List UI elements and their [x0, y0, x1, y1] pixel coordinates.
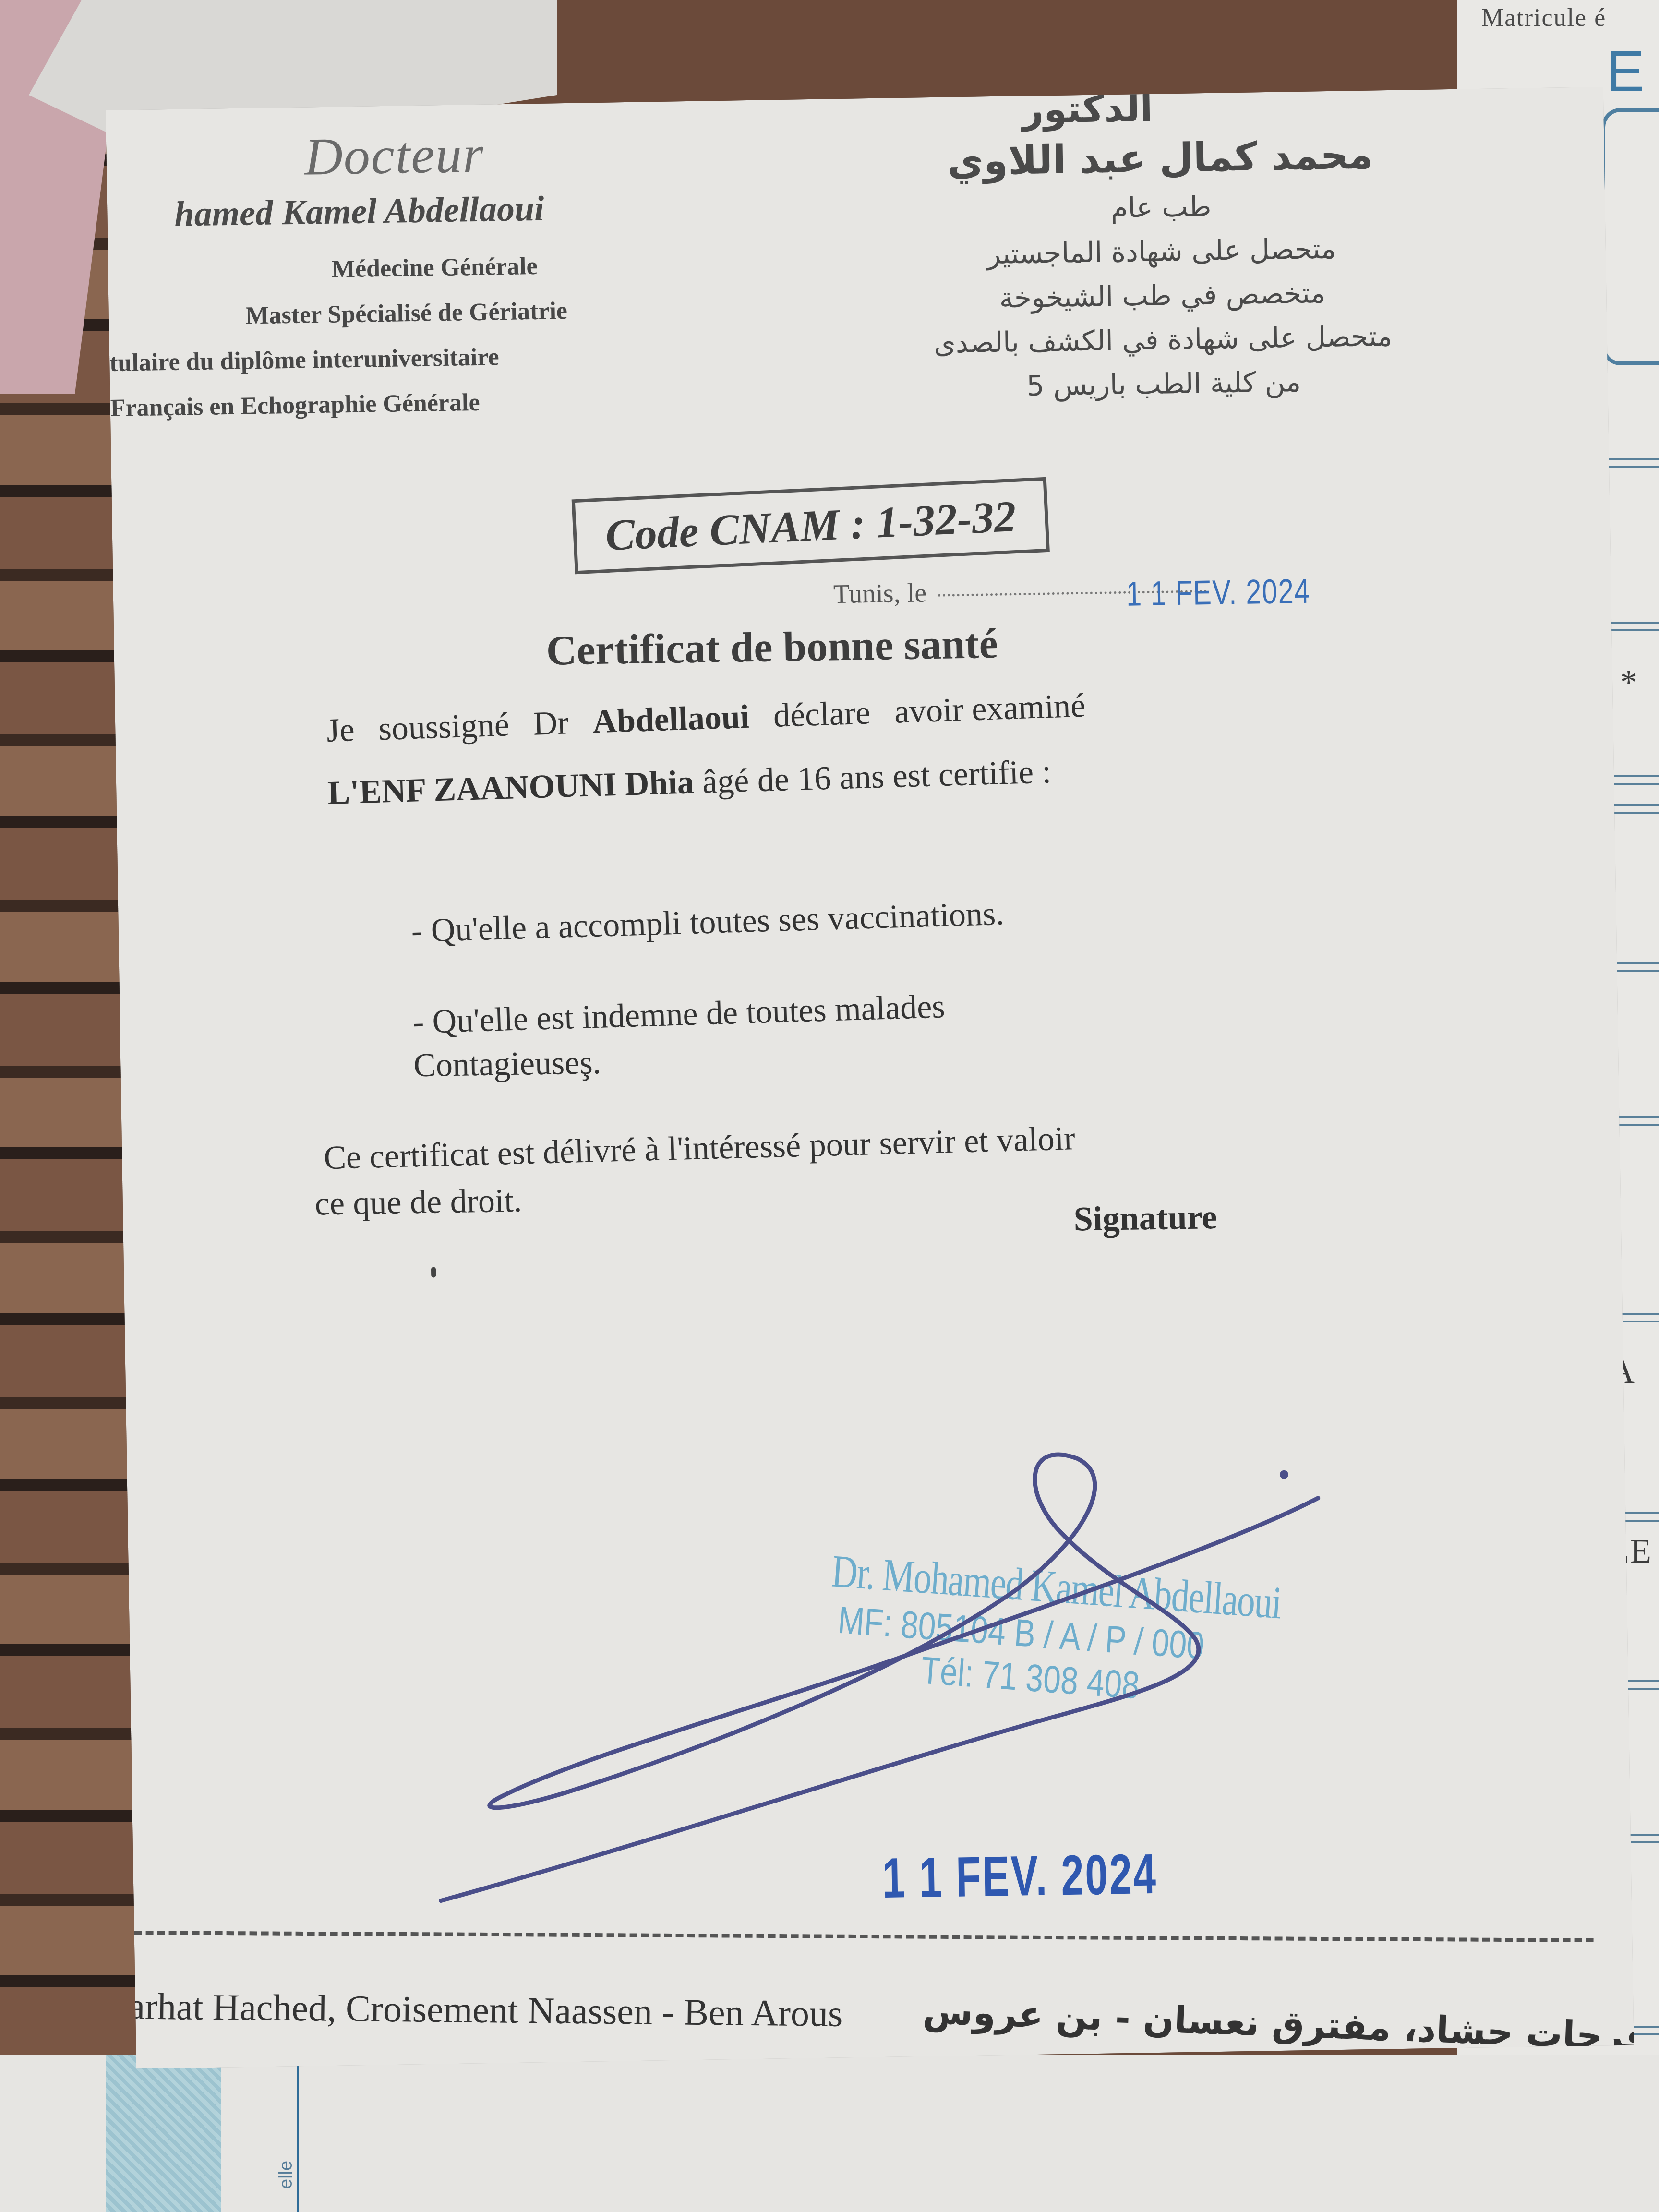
closing-line: ce que de droit. — [314, 1182, 522, 1224]
background-document-bottom — [0, 2055, 1659, 2212]
qualification-line-ar: طب عام — [885, 180, 1437, 233]
doctor-title-ar: الدكتور — [883, 80, 1435, 136]
form-box — [1601, 108, 1659, 365]
closing-line: Ce certificat est délivré à l'intéressé … — [323, 1119, 1075, 1178]
bottom-doc-text: elle — [276, 2161, 297, 2189]
date-stamp-inline: 1 1 FEV. 2024 — [1126, 572, 1310, 614]
cnam-code-box: Code CNAM : 1-32-32 — [572, 477, 1050, 574]
qualification-line-ar: متحصل على شهادة الماجستير — [885, 225, 1438, 277]
doctor-surname: Abdellaoui — [592, 698, 750, 741]
doctor-title: Docteur — [106, 120, 683, 191]
certificate-item: - Qu'elle est indemne de toutes malades — [412, 987, 946, 1042]
ink-speck — [431, 1267, 436, 1277]
qualification-line-ar: متحصل على شهادة في الكشف بالصدى — [887, 313, 1439, 366]
letterhead-arabic: الدكتور محمد كمال عبد اللاوي طب عام متحص… — [883, 80, 1440, 410]
form-header: Matricule é — [1481, 4, 1606, 32]
doctor-name-ar: محمد كمال عبد اللاوي — [884, 128, 1437, 189]
footer-address-fr: nue Farhat Hached, Croisement Naassen - … — [44, 1984, 843, 2035]
medical-certificate: Docteur hamed Kamel Abdellaoui Médecine … — [106, 87, 1634, 2069]
letterhead-french: Docteur hamed Kamel Abdellaoui Médecine … — [106, 120, 687, 431]
intro-line: JesoussignéDrAbdellaouidéclareavoir exam… — [326, 687, 1086, 750]
patient-name: L'ENF ZAANOUNI Dhia — [327, 764, 695, 812]
doctor-stamp: Dr. Mohamed Kamel Abdellaoui MF: 805104 … — [824, 1544, 1360, 1723]
patient-line: L'ENF ZAANOUNI Dhia âgé de 16 ans est ce… — [327, 753, 1052, 813]
doctor-name: hamed Kamel Abdellaoui — [107, 186, 684, 236]
security-pattern — [106, 2055, 221, 2212]
date-prefix: Tunis, le — [833, 578, 927, 609]
certificate-item: - Qu'elle a accompli toutes ses vaccinat… — [411, 895, 1005, 951]
qualification-line-ar: متخصص في طب الشيخوخة — [886, 269, 1439, 322]
certificate-title: Certificat de bonne santé — [546, 620, 998, 675]
qualification-line: Français en Echographie Générale — [110, 377, 686, 431]
certificate-item-continuation: Contagieuseş. — [413, 1044, 601, 1085]
signature-label: Signature — [1073, 1197, 1217, 1239]
qualification-line-ar: من كلية الطب باريس 5 — [888, 357, 1440, 410]
date-stamp: 1 1 FEV. 2024 — [882, 1841, 1158, 1911]
footer-divider — [77, 1930, 1594, 1942]
form-letter: E — [1606, 38, 1645, 105]
cnam-code: Code CNAM : 1-32-32 — [604, 492, 1017, 560]
bottom-doc-rule — [297, 2059, 299, 2212]
